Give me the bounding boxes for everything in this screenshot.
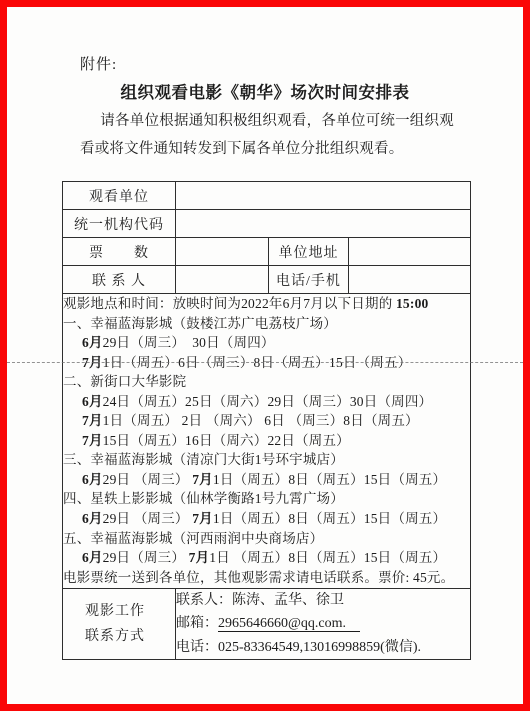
field-unit-address <box>349 238 471 266</box>
schedule-line: 观影地点和时间：放映时间为2022年6月7月以下日期的 15:00 <box>63 294 470 314</box>
attachment-label: 附件: <box>80 53 117 74</box>
intro-paragraph: 请各单位根据通知积极组织观看，各单位可统一组织观看或将文件通知转发到下属各单位分… <box>80 107 454 163</box>
contact-email-line: 邮箱：2965646660@qq.com. <box>176 612 470 635</box>
label-ticket-count: 票 数 <box>63 238 176 266</box>
field-phone-mobile <box>349 266 471 294</box>
label-phone-mobile: 电话/手机 <box>269 266 349 294</box>
contact-label-line1: 观影工作 <box>63 599 175 624</box>
schedule-cell: 观影地点和时间：放映时间为2022年6月7月以下日期的 15:00一、幸福蓝海影… <box>63 294 471 589</box>
schedule-line: 6月29日 （周三） 7月1日（周五）8日（周五）15日（周五） <box>63 470 470 490</box>
schedule-line: 三、幸福蓝海影城（清凉门大街1号环宇城店） <box>63 450 470 470</box>
page-title: 组织观看电影《朝华》场次时间安排表 <box>7 79 523 103</box>
schedule-line: 五、幸福蓝海影城（河西雨润中央商场店） <box>63 529 470 549</box>
schedule-line: 6月24日（周五）25日（周六）29日（周三）30日（周四） <box>63 392 470 412</box>
label-contact-info: 观影工作 联系方式 <box>63 589 176 660</box>
contact-label-line2: 联系方式 <box>63 624 175 649</box>
contact-phone: 电话：025-83364549,13016998859(微信). <box>176 636 470 659</box>
schedule-line: 电影票统一送到各单位，其他观影需求请电话联系。票价: 45元。 <box>63 568 470 588</box>
label-viewing-unit: 观看单位 <box>63 182 176 210</box>
scanned-document-page: 附件: 组织观看电影《朝华》场次时间安排表 请各单位根据通知积极组织观看，各单位… <box>0 0 530 711</box>
label-org-code: 统一机构代码 <box>63 210 176 238</box>
email-label: 邮箱： <box>176 616 218 631</box>
schedule-line: 6月29日 （周三） 7月1日（周五）8日（周五）15日（周五） <box>63 509 470 529</box>
schedule-lines: 观影地点和时间：放映时间为2022年6月7月以下日期的 15:00一、幸福蓝海影… <box>63 294 470 587</box>
schedule-line: 一、幸福蓝海影城（鼓楼江苏广电荔枝广场） <box>63 314 470 334</box>
schedule-line: 6月29日（周三） 30日（周四） <box>63 333 470 353</box>
field-contact-person <box>176 266 269 294</box>
label-contact-person: 联 系 人 <box>63 266 176 294</box>
schedule-line: 7月1日（周五）6日（周三）8日（周五）15日（周五） <box>63 353 470 373</box>
field-viewing-unit <box>176 182 471 210</box>
field-org-code <box>176 210 471 238</box>
contact-persons: 联系人：陈涛、孟华、徐卫 <box>176 589 470 612</box>
label-unit-address: 单位地址 <box>269 238 349 266</box>
field-ticket-count <box>176 238 269 266</box>
info-table: 观看单位 统一机构代码 票 数 单位地址 联 系 人 电话/手机 观影地点和时间… <box>62 181 471 660</box>
schedule-line: 6月29日（周三） 7月1日 （周五）8日（周五）15日（周五） <box>63 548 470 568</box>
schedule-line: 二、新街口大华影院 <box>63 372 470 392</box>
schedule-line: 7月15日（周五）16日（周六）22日（周五） <box>63 431 470 451</box>
email-link[interactable]: 2965646660@qq.com. <box>218 616 360 632</box>
schedule-line: 7月1日（周五） 2日 （周六） 6日 （周三）8日（周五） <box>63 411 470 431</box>
contact-info-cell: 联系人：陈涛、孟华、徐卫 邮箱：2965646660@qq.com. 电话：02… <box>176 589 471 660</box>
schedule-line: 四、星轶上影影城（仙林学衡路1号九霄广场） <box>63 489 470 509</box>
